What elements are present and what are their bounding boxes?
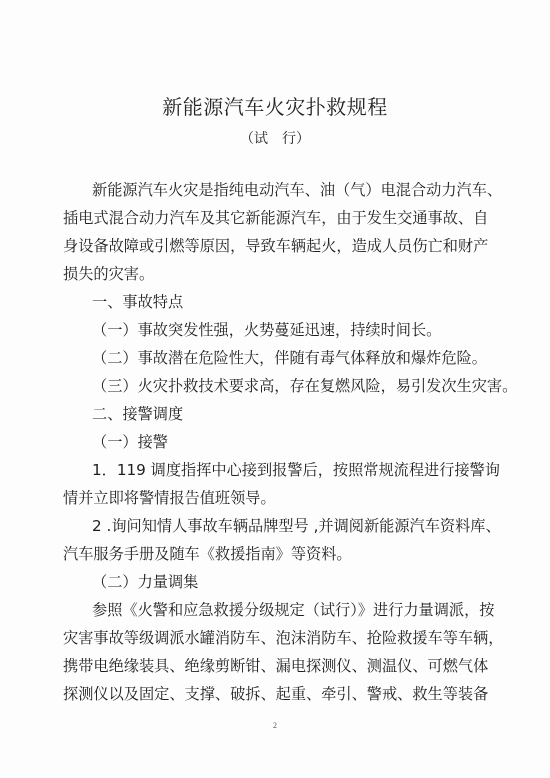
section-heading: 一、事故特点: [92, 288, 502, 316]
paragraph-line: 探测仪以及固定、支撑、破拆、起重、牵引、警戒、救生等装备: [63, 680, 460, 708]
document-title: 新能源汽车火灾扑救规程: [0, 94, 550, 120]
paragraph-line: 新能源汽车火灾是指纯电动汽车、油（气）电混合动力汽车、: [92, 176, 460, 204]
document-subtitle: （试 行）: [0, 129, 550, 149]
paragraph-line: 情并立即将警情报告值班领导。: [63, 484, 473, 512]
paragraph-line: 2 .询问知情人事故车辆品牌型号 ,并调阅新能源汽车资料库、: [92, 512, 460, 540]
paragraph-line: 参照《火警和应急救援分级规定（试行）》进行力量调派，按: [92, 596, 460, 624]
paragraph-line: 损失的灾害。: [63, 260, 473, 288]
list-item: （三）火灾扑救技术要求高，存在复燃风险，易引发次生灾害。: [92, 372, 502, 400]
section-heading: 二、接警调度: [92, 400, 502, 428]
list-item: （一）事故突发性强，火势蔓延迅速，持续时间长。: [92, 316, 502, 344]
paragraph-line: 1．119 调度指挥中心接到报警后，按照常规流程进行接警询: [92, 456, 460, 484]
subsection-heading: （二）力量调集: [92, 568, 502, 596]
paragraph-line: 灾害事故等级调派水罐消防车、泡沫消防车、抢险救援车等车辆，: [63, 624, 460, 652]
page-number: 2: [0, 721, 550, 730]
document-page: 新能源汽车火灾扑救规程 （试 行） 新能源汽车火灾是指纯电动汽车、油（气）电混合…: [0, 0, 550, 778]
subsection-heading: （一）接警: [92, 428, 502, 456]
paragraph-line: 插电式混合动力汽车及其它新能源汽车，由于发生交通事故、自: [63, 204, 460, 232]
list-item: （二）事故潜在危险性大，伴随有毒气体释放和爆炸危险。: [92, 344, 502, 372]
paragraph-line: 携带电绝缘装具、绝缘剪断钳、漏电探测仪、测温仪、可燃气体: [63, 652, 460, 680]
paragraph-line: 汽车服务手册及随车《救援指南》等资料。: [63, 540, 473, 568]
paragraph-line: 身设备故障或引燃等原因，导致车辆起火，造成人员伤亡和财产: [63, 232, 460, 260]
